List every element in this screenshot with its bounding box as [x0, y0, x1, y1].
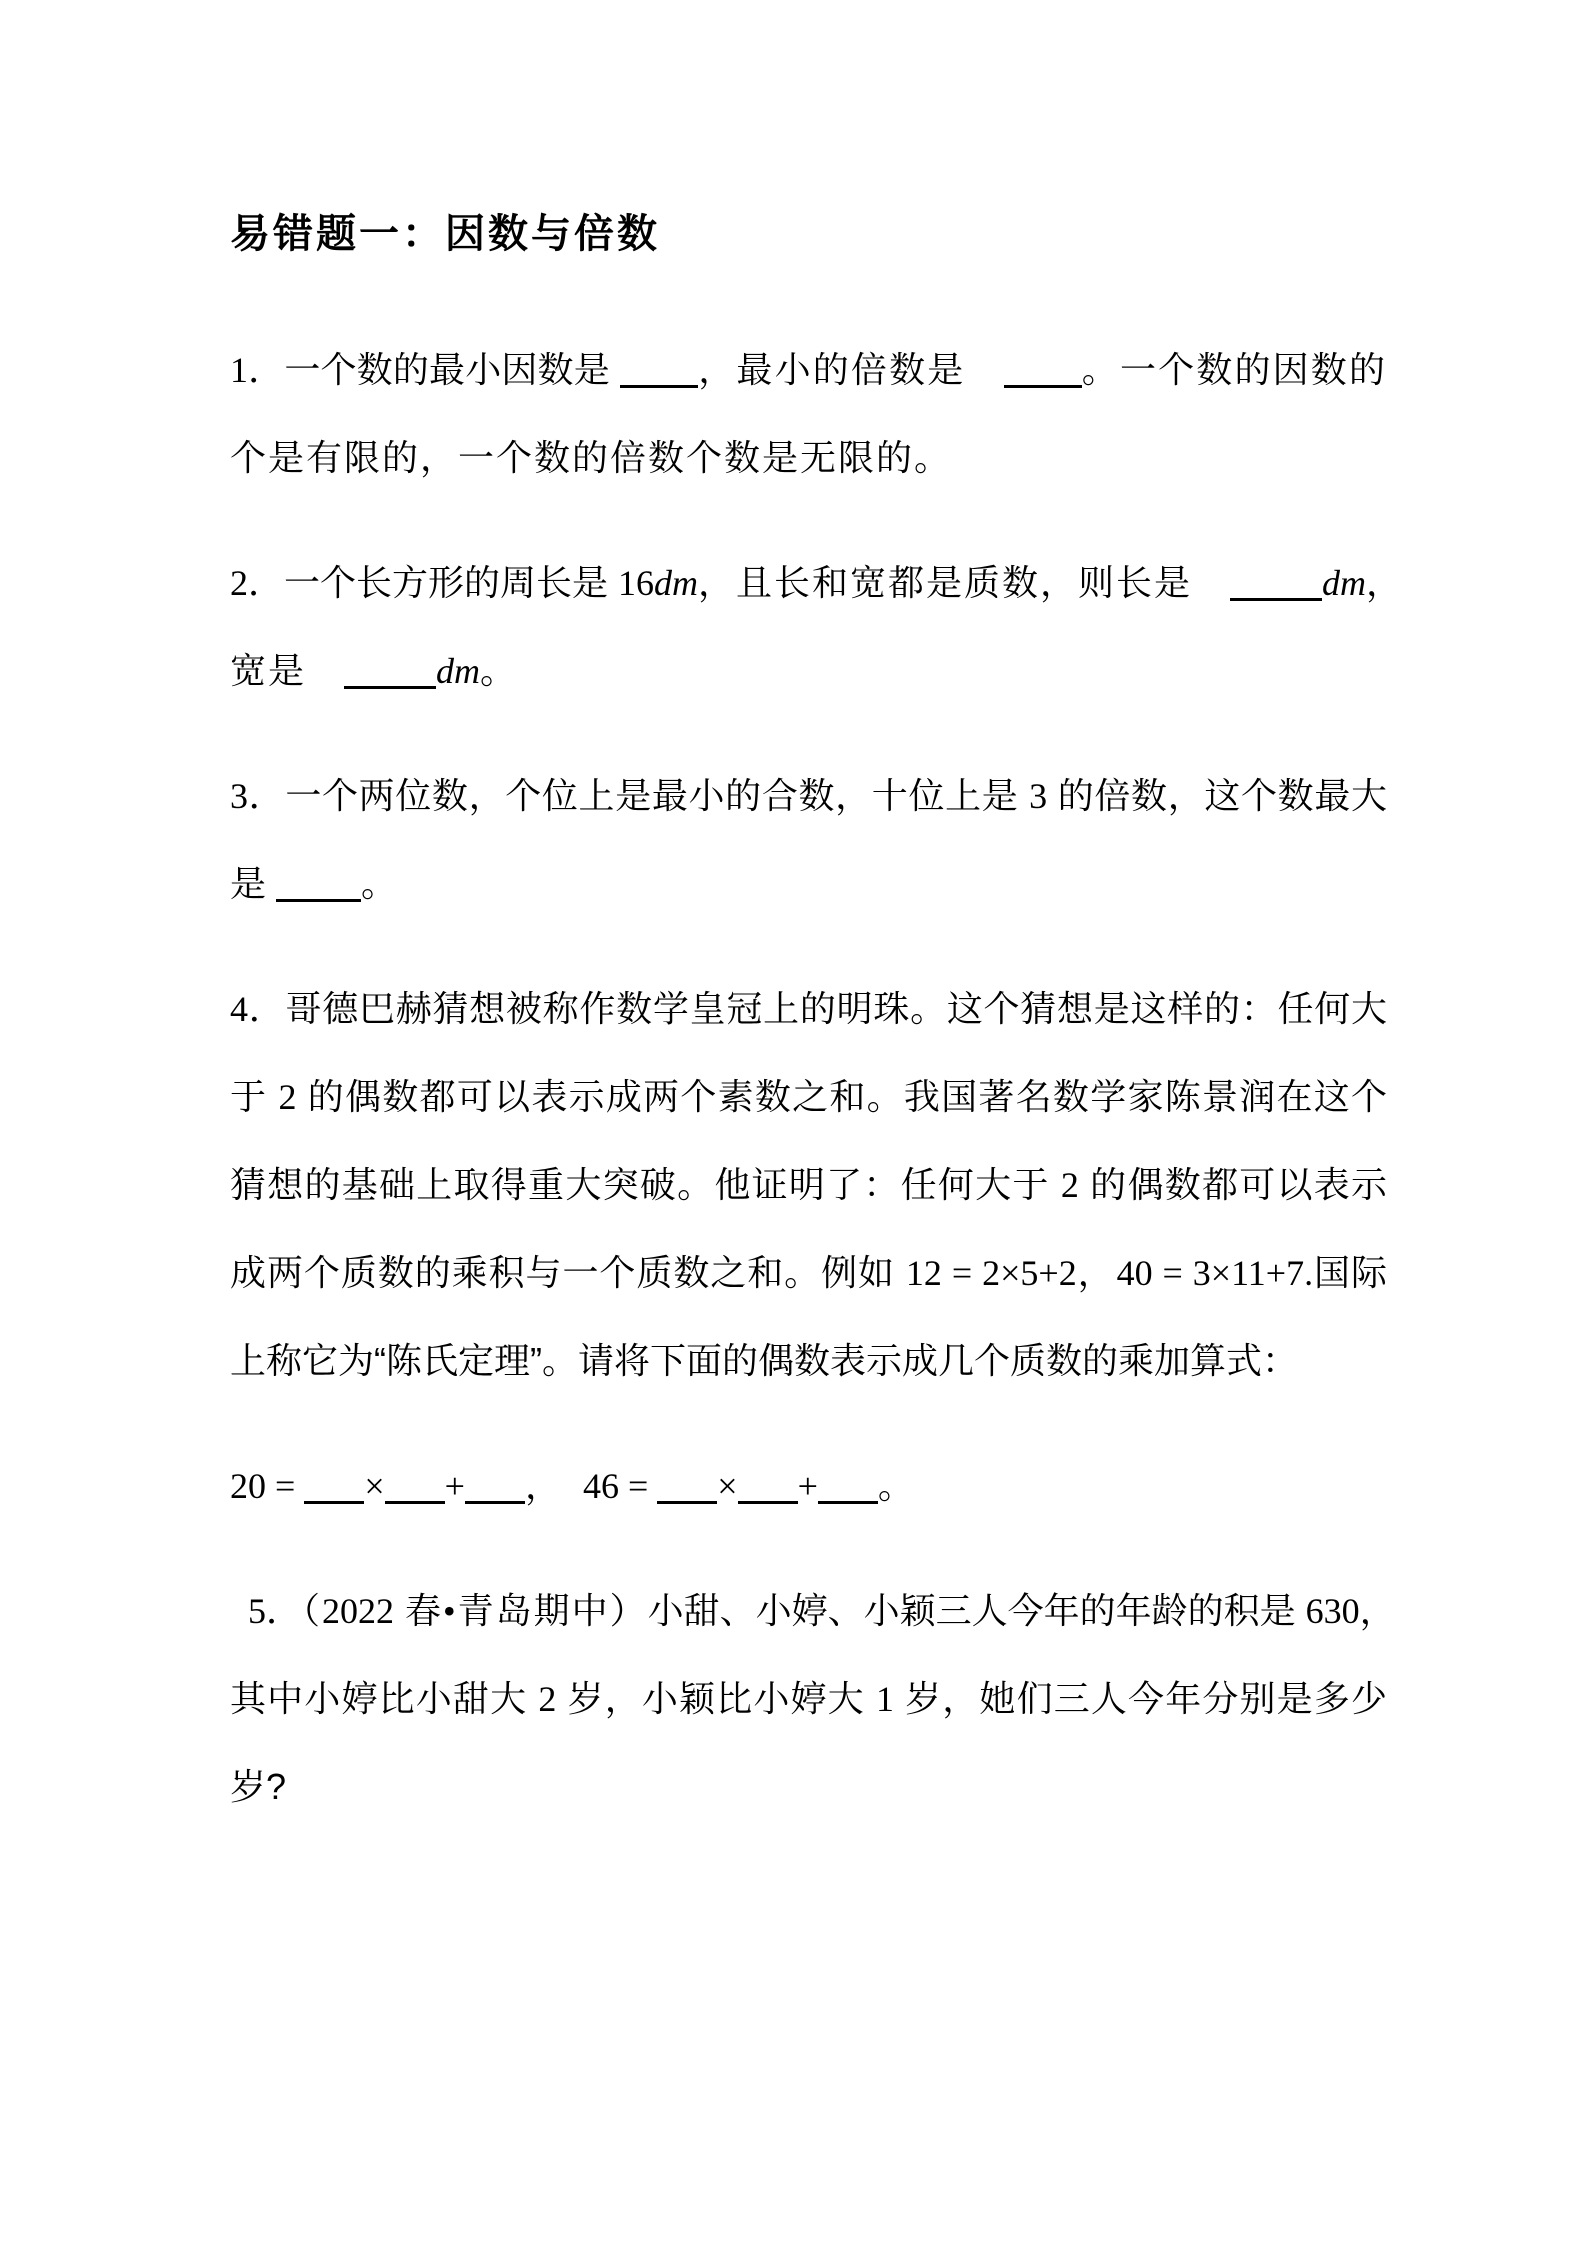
text-run: +: [445, 1466, 465, 1506]
text-run: 1: [876, 1679, 894, 1719]
text-run: 的偶数都可以表示: [1079, 1164, 1387, 1205]
text-run: 于: [230, 1076, 279, 1117]
text-line: 20 = ×+， 46 = ×+。: [230, 1442, 1387, 1530]
text-run: 岁，她们三人今年分别是多少: [894, 1678, 1387, 1719]
text-run: 一个长方形的周长是: [284, 562, 618, 603]
text-run: 成两个质数的乘积与一个质数之和。例如: [230, 1252, 906, 1293]
document-body: 1．一个数的最小因数是 ，最小的倍数是 。一个数的因数的个是有限的，一个数的倍数…: [230, 326, 1387, 1831]
text-line: 成两个质数的乘积与一个质数之和。例如 12 = 2×5+2，40 = 3×11+…: [230, 1229, 1387, 1317]
text-line: 2．一个长方形的周长是 16dm，且长和宽都是质数，则长是 dm，: [230, 539, 1387, 627]
fill-in-blank: [276, 887, 361, 902]
question-3: 3．一个两位数，个位上是最小的合数，十位上是 3 的倍数，这个数最大是 。: [230, 752, 1387, 928]
text-run: +: [798, 1466, 818, 1506]
text-line: 个是有限的，一个数的倍数个数是无限的。: [230, 414, 1387, 502]
text-run: 其中小婷比小甜大: [230, 1678, 538, 1719]
text-run: 40 = 3×11+7.: [1117, 1253, 1313, 1293]
text-line: 宽是 dm。: [230, 627, 1387, 715]
text-run: 16: [618, 563, 654, 603]
question-1: 1．一个数的最小因数是 ，最小的倍数是 。一个数的因数的个是有限的，一个数的倍数…: [230, 326, 1387, 502]
fill-in-blank: [657, 1489, 717, 1504]
text-run: 是: [230, 863, 276, 904]
fill-in-blank: [385, 1489, 445, 1504]
text-run: 。: [361, 864, 399, 904]
text-run: 。: [480, 651, 518, 691]
text-run: 1．: [230, 350, 284, 390]
text-run: ，且长和宽都是质数，则长是: [698, 563, 1230, 603]
fill-in-blank: [304, 1489, 364, 1504]
text-run: 5．: [230, 1591, 302, 1631]
text-line: 其中小婷比小甜大 2 岁，小颖比小婷大 1 岁，她们三人今年分别是多少: [230, 1655, 1387, 1743]
fill-in-blank: [465, 1489, 525, 1504]
fill-in-blank: [738, 1489, 798, 1504]
fill-in-blank: [1230, 586, 1322, 601]
text-run: 国际: [1313, 1252, 1387, 1293]
document-title: 易错题一：因数与倍数: [230, 212, 1387, 256]
text-run: 岁?: [230, 1766, 286, 1807]
text-run: 哥德巴赫猜想被称作数学皇冠上的明珠。这个猜想是这样的：任何大: [285, 988, 1387, 1029]
text-run: 3．: [230, 776, 285, 816]
text-run: ，: [1366, 563, 1404, 603]
text-run: 的偶数都可以表示成两个素数之和。我国著名数学家陈景润在这个: [297, 1076, 1387, 1117]
text-run: 2022: [322, 1591, 394, 1631]
fill-in-blank: [1004, 373, 1082, 388]
text-run: 一个两位数，个位上是最小的合数，十位上是: [285, 775, 1029, 816]
text-run: 春•青岛期中）: [394, 1591, 648, 1631]
text-line: 5．（2022 春•青岛期中）小甜、小婷、小颖三人今年的年龄的积是 630，: [230, 1567, 1387, 1655]
fill-in-blank: [818, 1489, 878, 1504]
text-run: 上称它为“陈氏定理”。请将下面的偶数表示成几个质数的乘加算式：: [230, 1340, 1298, 1381]
text-run: 。: [878, 1466, 916, 1506]
text-run: 2: [538, 1679, 556, 1719]
text-run: dm: [1322, 563, 1366, 603]
equation-fill-line: 20 = ×+， 46 = ×+。: [230, 1442, 1387, 1530]
text-run: （: [302, 1591, 322, 1631]
question-4: 4．哥德巴赫猜想被称作数学皇冠上的明珠。这个猜想是这样的：任何大于 2 的偶数都…: [230, 965, 1387, 1405]
fill-in-blank: [620, 373, 698, 388]
text-run: ×: [717, 1466, 737, 1506]
text-run: 12 = 2×5+2: [906, 1253, 1077, 1293]
text-line: 猜想的基础上取得重大突破。他证明了：任何大于 2 的偶数都可以表示: [230, 1141, 1387, 1229]
question-5: 5．（2022 春•青岛期中）小甜、小婷、小颖三人今年的年龄的积是 630，其中…: [230, 1567, 1387, 1831]
text-run: 4．: [230, 989, 285, 1029]
text-line: 是 。: [230, 840, 1387, 928]
text-run: 。一个数的因数的: [1082, 350, 1387, 390]
text-run: ，最小的倍数是: [698, 350, 1004, 390]
question-2: 2．一个长方形的周长是 16dm，且长和宽都是质数，则长是 dm，宽是 dm。: [230, 539, 1387, 715]
text-run: 2: [1061, 1165, 1079, 1205]
text-run: 630，: [1306, 1591, 1396, 1631]
text-run: 个是有限的，一个数的倍数个数是无限的。: [230, 438, 952, 478]
fill-in-blank: [344, 674, 436, 689]
text-line: 1．一个数的最小因数是 ，最小的倍数是 。一个数的因数的: [230, 326, 1387, 414]
text-run: dm: [436, 651, 480, 691]
text-run: 2: [279, 1077, 297, 1117]
text-line: 岁?: [230, 1743, 1387, 1831]
worksheet-page: 易错题一：因数与倍数 1．一个数的最小因数是 ，最小的倍数是 。一个数的因数的个…: [0, 0, 1587, 2245]
text-run: 3: [1029, 776, 1047, 816]
text-run: 猜想的基础上取得重大突破。他证明了：任何大于: [230, 1164, 1061, 1205]
text-run: 一个数的最小因数是: [284, 349, 620, 390]
text-line: 于 2 的偶数都可以表示成两个素数之和。我国著名数学家陈景润在这个: [230, 1053, 1387, 1141]
text-run: 岁，小颖比小婷大: [556, 1678, 876, 1719]
text-run: 小甜、小婷、小颖三人今年的年龄的积是: [648, 1590, 1306, 1631]
text-run: 2．: [230, 563, 284, 603]
text-run: 的倍数，这个数最大: [1047, 775, 1387, 816]
text-line: 上称它为“陈氏定理”。请将下面的偶数表示成几个质数的乘加算式：: [230, 1317, 1387, 1405]
text-line: 3．一个两位数，个位上是最小的合数，十位上是 3 的倍数，这个数最大: [230, 752, 1387, 840]
text-run: 46 =: [583, 1466, 657, 1506]
text-run: dm: [654, 563, 698, 603]
text-line: 4．哥德巴赫猜想被称作数学皇冠上的明珠。这个猜想是这样的：任何大: [230, 965, 1387, 1053]
text-run: 宽是: [230, 651, 344, 691]
text-run: ，: [1077, 1253, 1117, 1293]
text-run: ，: [525, 1466, 583, 1506]
text-run: ×: [364, 1466, 384, 1506]
text-run: 20 =: [230, 1466, 304, 1506]
